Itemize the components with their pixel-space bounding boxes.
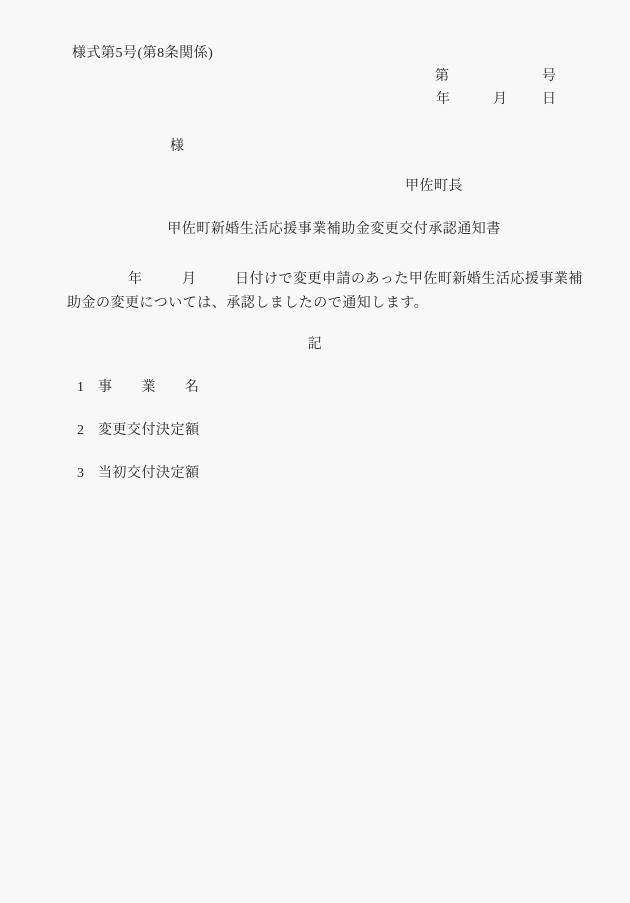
form-number-label: 様式第5号(第8条関係) (72, 44, 213, 64)
body-date-month-label: 月 (182, 270, 197, 290)
body-line-2: 助金の変更については、承認しましたので通知します。 (67, 294, 428, 314)
date-year-label: 年 (436, 90, 451, 110)
item-number: 3 (77, 464, 84, 484)
item-label: 事 業 名 (98, 378, 200, 398)
document-number-suffix: 号 (542, 67, 557, 87)
date-day-label: 日 (542, 90, 557, 110)
document-page: 様式第5号(第8条関係) 第 号 年 月 日 様 甲佐町長 甲佐町新婚生活応援事… (0, 0, 630, 903)
record-marker: 記 (0, 335, 630, 355)
addressee-suffix: 様 (170, 137, 185, 157)
sender-title: 甲佐町長 (405, 177, 463, 197)
item-number: 1 (77, 378, 84, 398)
document-number-prefix: 第 (435, 67, 450, 87)
item-label: 変更交付決定額 (98, 421, 200, 441)
document-title: 甲佐町新婚生活応援事業補助金変更交付承認通知書 (66, 220, 602, 240)
item-label: 当初交付決定額 (98, 464, 200, 484)
body-text-continuation: 日付けで変更申請のあった甲佐町新婚生活応援事業補 (235, 270, 583, 290)
item-number: 2 (77, 421, 84, 441)
body-date-year-label: 年 (128, 270, 143, 290)
date-month-label: 月 (493, 90, 508, 110)
